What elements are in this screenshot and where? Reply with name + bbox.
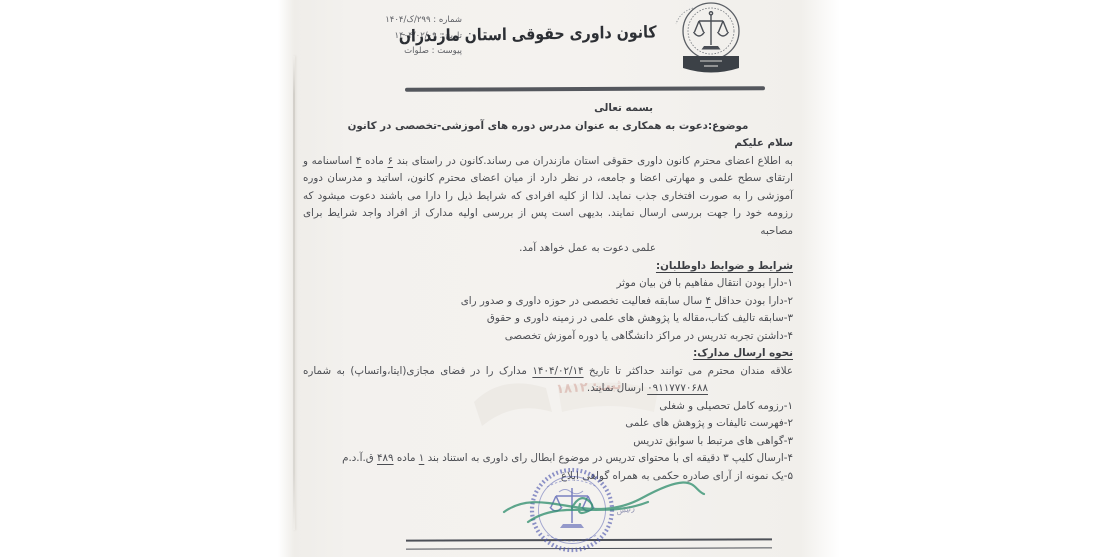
text-segment: مدارک را در فضای مجازی(ایتا،واتساپ) به ش… [303, 365, 532, 377]
letter-number-label: شماره : [433, 15, 462, 25]
document-line: سلام علیکم [303, 135, 793, 153]
text-segment: ۲-دارا بودن حداقل [711, 295, 793, 307]
document-line: آموزشی را به صورت افتخاری جذب نماید. لذا… [303, 188, 793, 206]
document-line: ۰۹۱۱۷۷۷۰۶۸۸ ارسال نمایند. [303, 380, 708, 398]
text-segment: شرایط و ضوابط داوطلبان: [656, 260, 793, 272]
text-segment: علاقه مندان محترم می توانند حداکثر تا تا… [584, 365, 793, 377]
signature-scribble-icon [492, 468, 712, 538]
text-segment: ارسال نمایند. [587, 382, 647, 394]
text-segment: ۱-رزومه کامل تحصیلی و شغلی [659, 400, 793, 412]
document-line: ارتقای سطح علمی و مهارتی اعضا و جامعه، د… [303, 170, 793, 188]
text-segment: ۳-سابقه تالیف کتاب،مقاله یا پژوهش های عل… [487, 312, 793, 324]
document-line: ۱-رزومه کامل تحصیلی و شغلی [303, 398, 793, 416]
logo-ribbon [683, 56, 739, 73]
document-line: بسمه تعالی [303, 100, 653, 118]
letter-attachment-value: صلوات [404, 46, 429, 56]
text-segment: رزومه خود را جهت بررسی ارسال نمایند. بدی… [303, 207, 793, 237]
document-line: علمی دعوت به عمل خواهد آمد. [303, 240, 656, 258]
text-segment: ماده [361, 155, 387, 167]
text-segment: علمی دعوت به عمل خواهد آمد. [519, 242, 656, 254]
text-segment: ۰۹۱۱۷۷۷۰۶۸۸ [647, 382, 708, 394]
letter-body: بسمه تعالیموضوع:دعوت به همکاری به عنوان … [303, 100, 793, 485]
document-line: ۲-فهرست تالیفات و پژوهش های علمی [303, 415, 793, 433]
text-segment: ۲-فهرست تالیفات و پژوهش های علمی [625, 417, 793, 429]
document-line: ۴-داشتن تجربه تدریس در مراکز دانشگاهی یا… [303, 328, 793, 346]
text-segment: به اطلاع اعضای محترم کانون داوری حقوقی ا… [393, 155, 793, 167]
text-segment: ۱-دارا بودن انتقال مفاهیم با فن بیان موث… [616, 277, 793, 289]
scan-fold-shadow [293, 56, 295, 530]
text-segment: ق.آ.د.م [342, 452, 377, 464]
text-segment: ماده [394, 452, 419, 464]
text-segment: اساسنامه و [303, 155, 356, 167]
scales-glyph [694, 12, 729, 50]
text-segment: ۳-گواهی های مرتبط با سوابق تدریس [633, 435, 793, 447]
document-line: ۳-سابقه تالیف کتاب،مقاله یا پژوهش های عل… [303, 310, 793, 328]
text-segment: بسمه تعالی [594, 102, 653, 114]
text-segment: نحوه ارسال مدارک: [693, 347, 793, 359]
document-line: موضوع:دعوت به همکاری به عنوان مدرس دوره … [303, 118, 793, 136]
text-segment: ارتقای سطح علمی و مهارتی اعضا و جامعه، د… [303, 172, 793, 184]
document-line: رزومه خود را جهت بررسی ارسال نمایند. بدی… [303, 205, 793, 240]
document-line: ۲-دارا بودن حداقل ۴ سال سابقه فعالیت تخص… [303, 293, 793, 311]
text-segment: ۴-داشتن تجربه تدریس در مراکز دانشگاهی یا… [505, 330, 793, 342]
text-segment: ۱۴۰۴/۰۲/۱۴ [532, 365, 583, 377]
letter-number-value: ۲۹۹/ک/۱۴۰۴ [385, 15, 430, 25]
organization-title: کانون داوری حقوقی استان مازندران [467, 22, 656, 44]
letter-attachment-row: پیوست : صلوات [352, 44, 462, 60]
document-line: ۳-گواهی های مرتبط با سوابق تدریس [303, 433, 793, 451]
document-line: علاقه مندان محترم می توانند حداکثر تا تا… [303, 363, 793, 381]
text-segment: ۴۸۹ [377, 452, 394, 464]
document-line: شرایط و ضوابط داوطلبان: [303, 258, 793, 276]
document-line: نحوه ارسال مدارک: [303, 345, 793, 363]
text-segment: سلام علیکم [734, 137, 793, 149]
scales-of-justice-logo-icon [660, 0, 764, 84]
text-segment: آموزشی را به صورت افتخاری جذب نماید. لذا… [303, 190, 793, 202]
document-line: ۱-دارا بودن انتقال مفاهیم با فن بیان موث… [303, 275, 793, 293]
scanned-letter-page: شماره : ۲۹۹/ک/۱۴۰۴ تاریخ : ۱۴۰۴/۰۲/۰۹ پی… [0, 0, 1100, 557]
text-segment: موضوع:دعوت به همکاری به عنوان مدرس دوره … [348, 120, 749, 132]
text-segment: سال سابقه فعالیت تخصصی در حوزه داوری و ص… [461, 295, 706, 307]
document-line: به اطلاع اعضای محترم کانون داوری حقوقی ا… [303, 153, 793, 171]
letter-attachment-label: پیوست : [432, 46, 462, 56]
